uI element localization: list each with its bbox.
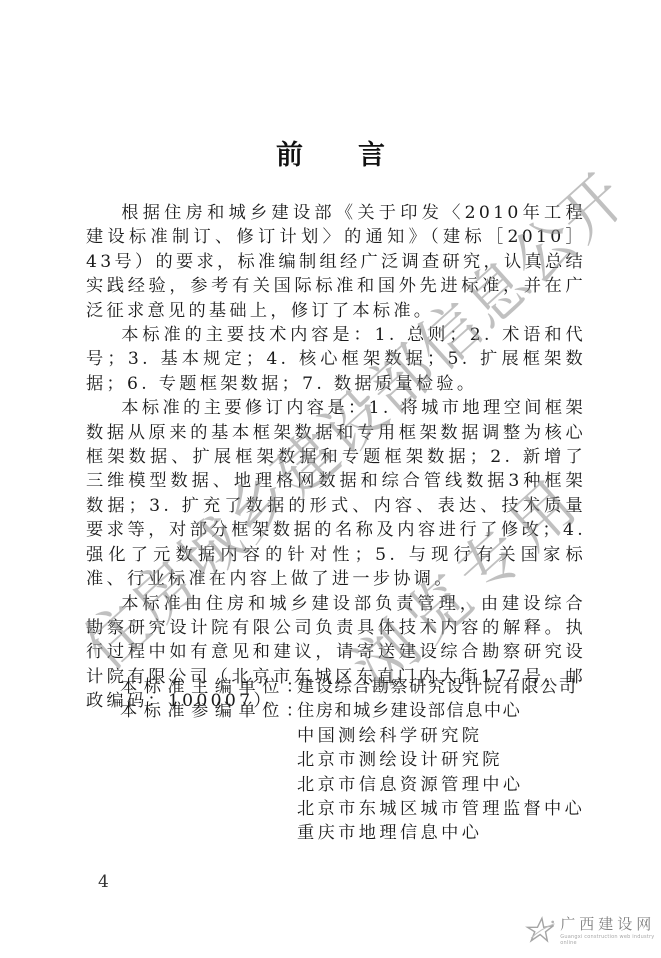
page-title: 前言 [0,133,661,172]
logo-name-en: Guangxi construction web industry online [560,934,661,946]
participating-org: 中国测绘科学研究院 [120,724,585,748]
paragraph-revisions: 本标准的主要修订内容是：1. 将城市地理空间框架数据从原来的基本框架数据和专用框… [86,396,586,591]
page-number: 4 [98,872,109,892]
participating-org: 重庆市地理信息中心 [120,821,585,845]
chief-editor-row: 本标准主编单位： 建设综合勘察研究设计院有限公司 [120,675,585,699]
credits-section: 本标准主编单位： 建设综合勘察研究设计院有限公司 本标准参编单位： 住房和城乡建… [120,675,585,846]
paragraph-main-content: 本标准的主要技术内容是：1. 总则；2. 术语和代号；3. 基本规定；4. 核心… [86,323,586,396]
chief-editor-value: 建设综合勘察研究设计院有限公司 [297,675,577,699]
paragraph-background: 根据住房和城乡建设部《关于印发〈2010年工程建设标准制订、修订计划〉的通知》（… [86,201,586,323]
participating-editor-value: 住房和城乡建设部信息中心 [297,699,521,723]
participating-editor-label: 本标准参编单位： [120,699,297,723]
logo-name-cn: 广西建设网 [560,913,661,934]
participating-editor-row: 本标准参编单位： 住房和城乡建设部信息中心 [120,699,585,723]
participating-org: 北京市信息资源管理中心 [120,773,585,797]
chief-editor-label: 本标准主编单位： [120,675,297,699]
document-page: 前言 根据住房和城乡建设部《关于印发〈2010年工程建设标准制订、修订计划〉的通… [0,0,661,958]
participating-org: 北京市东城区城市管理监督中心 [120,797,585,821]
preface-body: 根据住房和城乡建设部《关于印发〈2010年工程建设标准制订、修订计划〉的通知》（… [86,201,586,714]
star-logo-icon [524,915,556,945]
participating-org: 北京市测绘设计研究院 [120,748,585,772]
site-logo: 广西建设网 Guangxi construction web industry … [524,913,661,946]
